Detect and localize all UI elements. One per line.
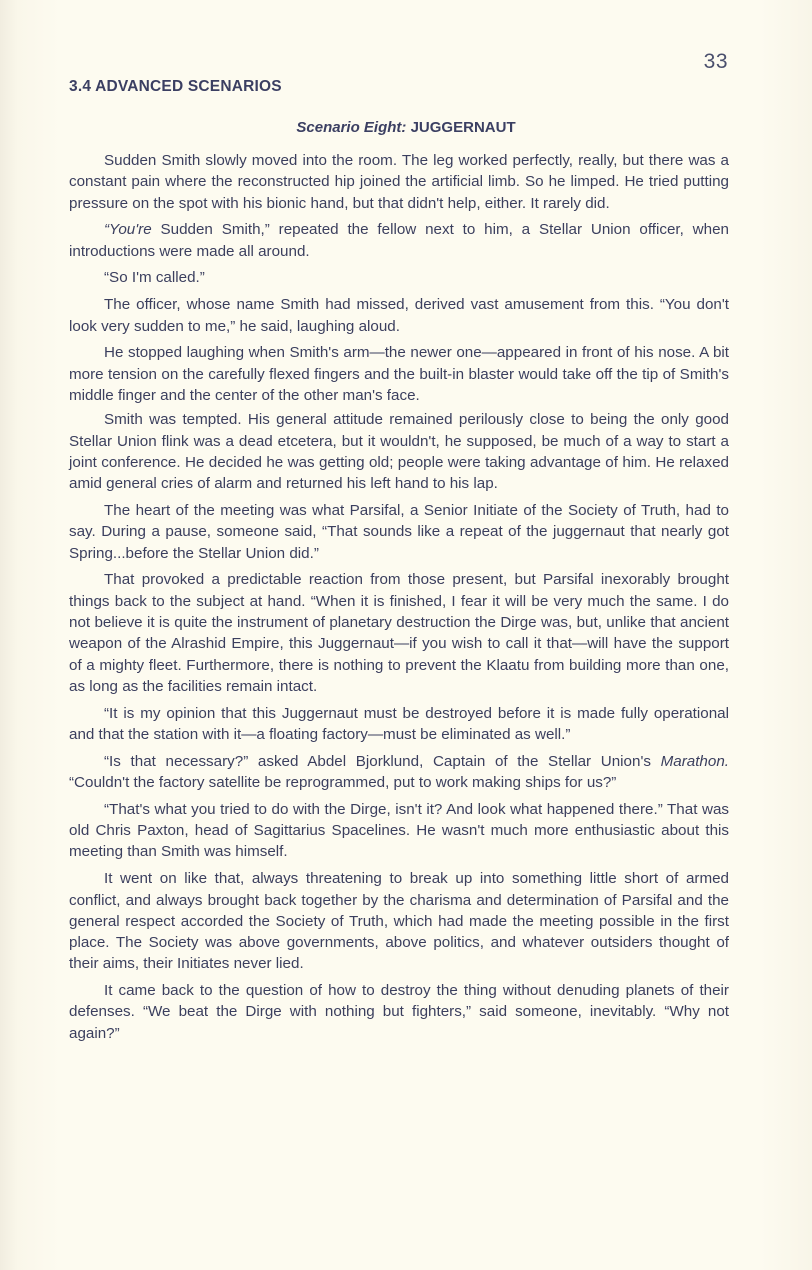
- scenario-title-lead: Scenario Eight:: [296, 119, 406, 136]
- paragraph-5: He stopped laughing when Smith's arm—the…: [69, 342, 729, 406]
- page-number: 33: [704, 50, 728, 74]
- paragraph-4: The officer, whose name Smith had missed…: [69, 294, 729, 337]
- paragraph-2: “You're Sudden Smith,” repeated the fell…: [69, 219, 729, 262]
- paragraph-6: Smith was tempted. His general attitude …: [69, 409, 729, 494]
- section-heading: 3.4 ADVANCED SCENARIOS: [69, 78, 282, 96]
- paragraph-12: It went on like that, always threatening…: [69, 868, 729, 974]
- paragraph-10: “Is that necessary?” asked Abdel Bjorklu…: [69, 751, 729, 794]
- book-page: 33 3.4 ADVANCED SCENARIOS Scenario Eight…: [0, 0, 812, 1270]
- paragraph-3: “So I'm called.”: [69, 267, 729, 288]
- paragraph-8: That provoked a predictable reaction fro…: [69, 569, 729, 697]
- paragraph-11: “That's what you tried to do with the Di…: [69, 799, 729, 863]
- paragraph-1: Sudden Smith slowly moved into the room.…: [69, 150, 729, 214]
- paragraph-7: The heart of the meeting was what Parsif…: [69, 500, 729, 564]
- italic-emphasis: “You're: [104, 221, 152, 238]
- ship-name-italic: Marathon.: [661, 753, 729, 770]
- scenario-title: Scenario Eight: JUGGERNAUT: [0, 119, 812, 136]
- paragraph-9: “It is my opinion that this Juggernaut m…: [69, 703, 729, 746]
- paragraph-13: It came back to the question of how to d…: [69, 980, 729, 1044]
- body-text: Sudden Smith slowly moved into the room.…: [69, 150, 729, 1050]
- scenario-title-name: JUGGERNAUT: [411, 119, 516, 136]
